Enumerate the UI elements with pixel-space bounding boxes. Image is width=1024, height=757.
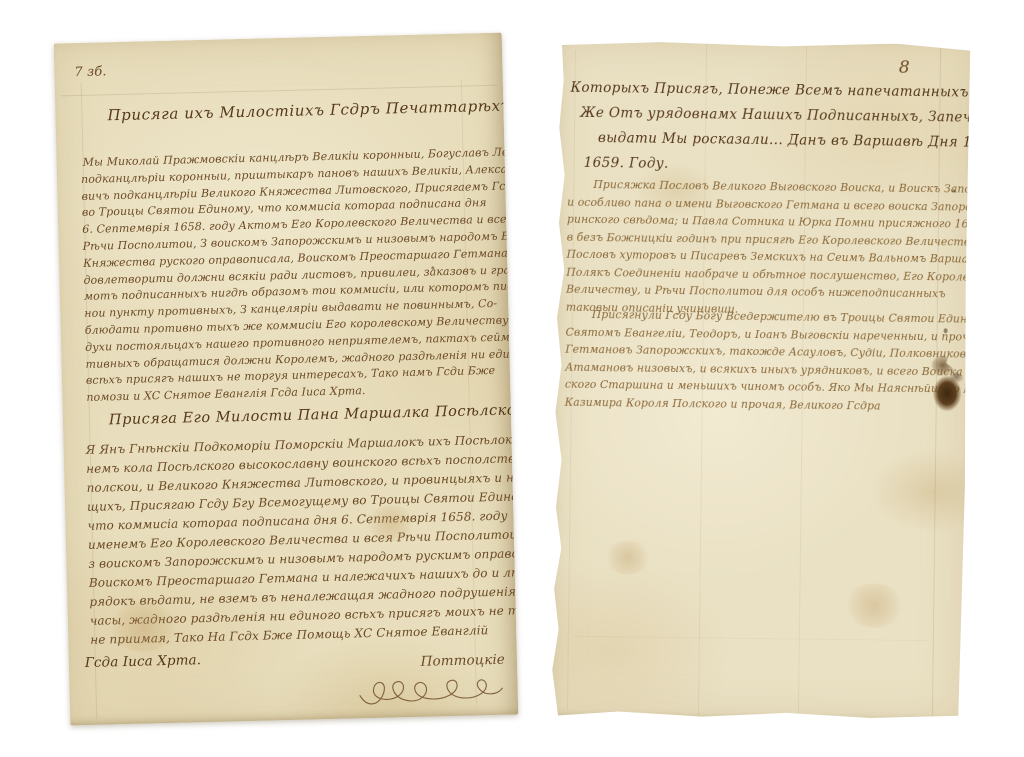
right-page: 8 Которыхъ Присягъ, Понеже Всемъ напечат… <box>543 39 971 722</box>
closing-line: Гсда Іиса Хрта. <box>85 652 202 671</box>
folio-label: 7 зб. <box>74 64 106 80</box>
manuscript-photo: 7 зб. Присяга ихъ Милостіихъ Гсдръ Печат… <box>0 0 1024 757</box>
ink-speck <box>944 328 948 333</box>
signature-block: Поттоцкіе <box>355 649 506 712</box>
ink-speck <box>952 189 955 192</box>
right-page-opening-block: Которыхъ Присягъ, Понеже Всемъ напечатан… <box>569 76 958 181</box>
ruled-bottom-line <box>574 636 930 641</box>
page-number: 8 <box>899 58 910 78</box>
signature-flourish-icon <box>355 666 506 712</box>
foxing-stain <box>605 540 651 575</box>
left-page-paragraph-1: Мы Миколай Пражмовскіи канцлѣръ Великіи … <box>80 145 488 407</box>
ink-speck <box>431 266 434 269</box>
right-page-paragraph-1: Присяжка Пословъ Великого Выговского Вои… <box>566 176 960 321</box>
right-page-paragraph-2: Присягнули Гсду Богу Вседержителю въ Тро… <box>565 306 958 416</box>
ruled-top-line <box>61 85 497 97</box>
foxing-stain <box>844 583 905 628</box>
left-page: 7 зб. Присяга ихъ Милостіихъ Гсдръ Печат… <box>54 33 519 726</box>
left-page-heading: Присяга ихъ Милостіихъ Гсдръ Печаттарѣхъ… <box>107 96 517 124</box>
signature: Поттоцкіе <box>420 652 505 670</box>
